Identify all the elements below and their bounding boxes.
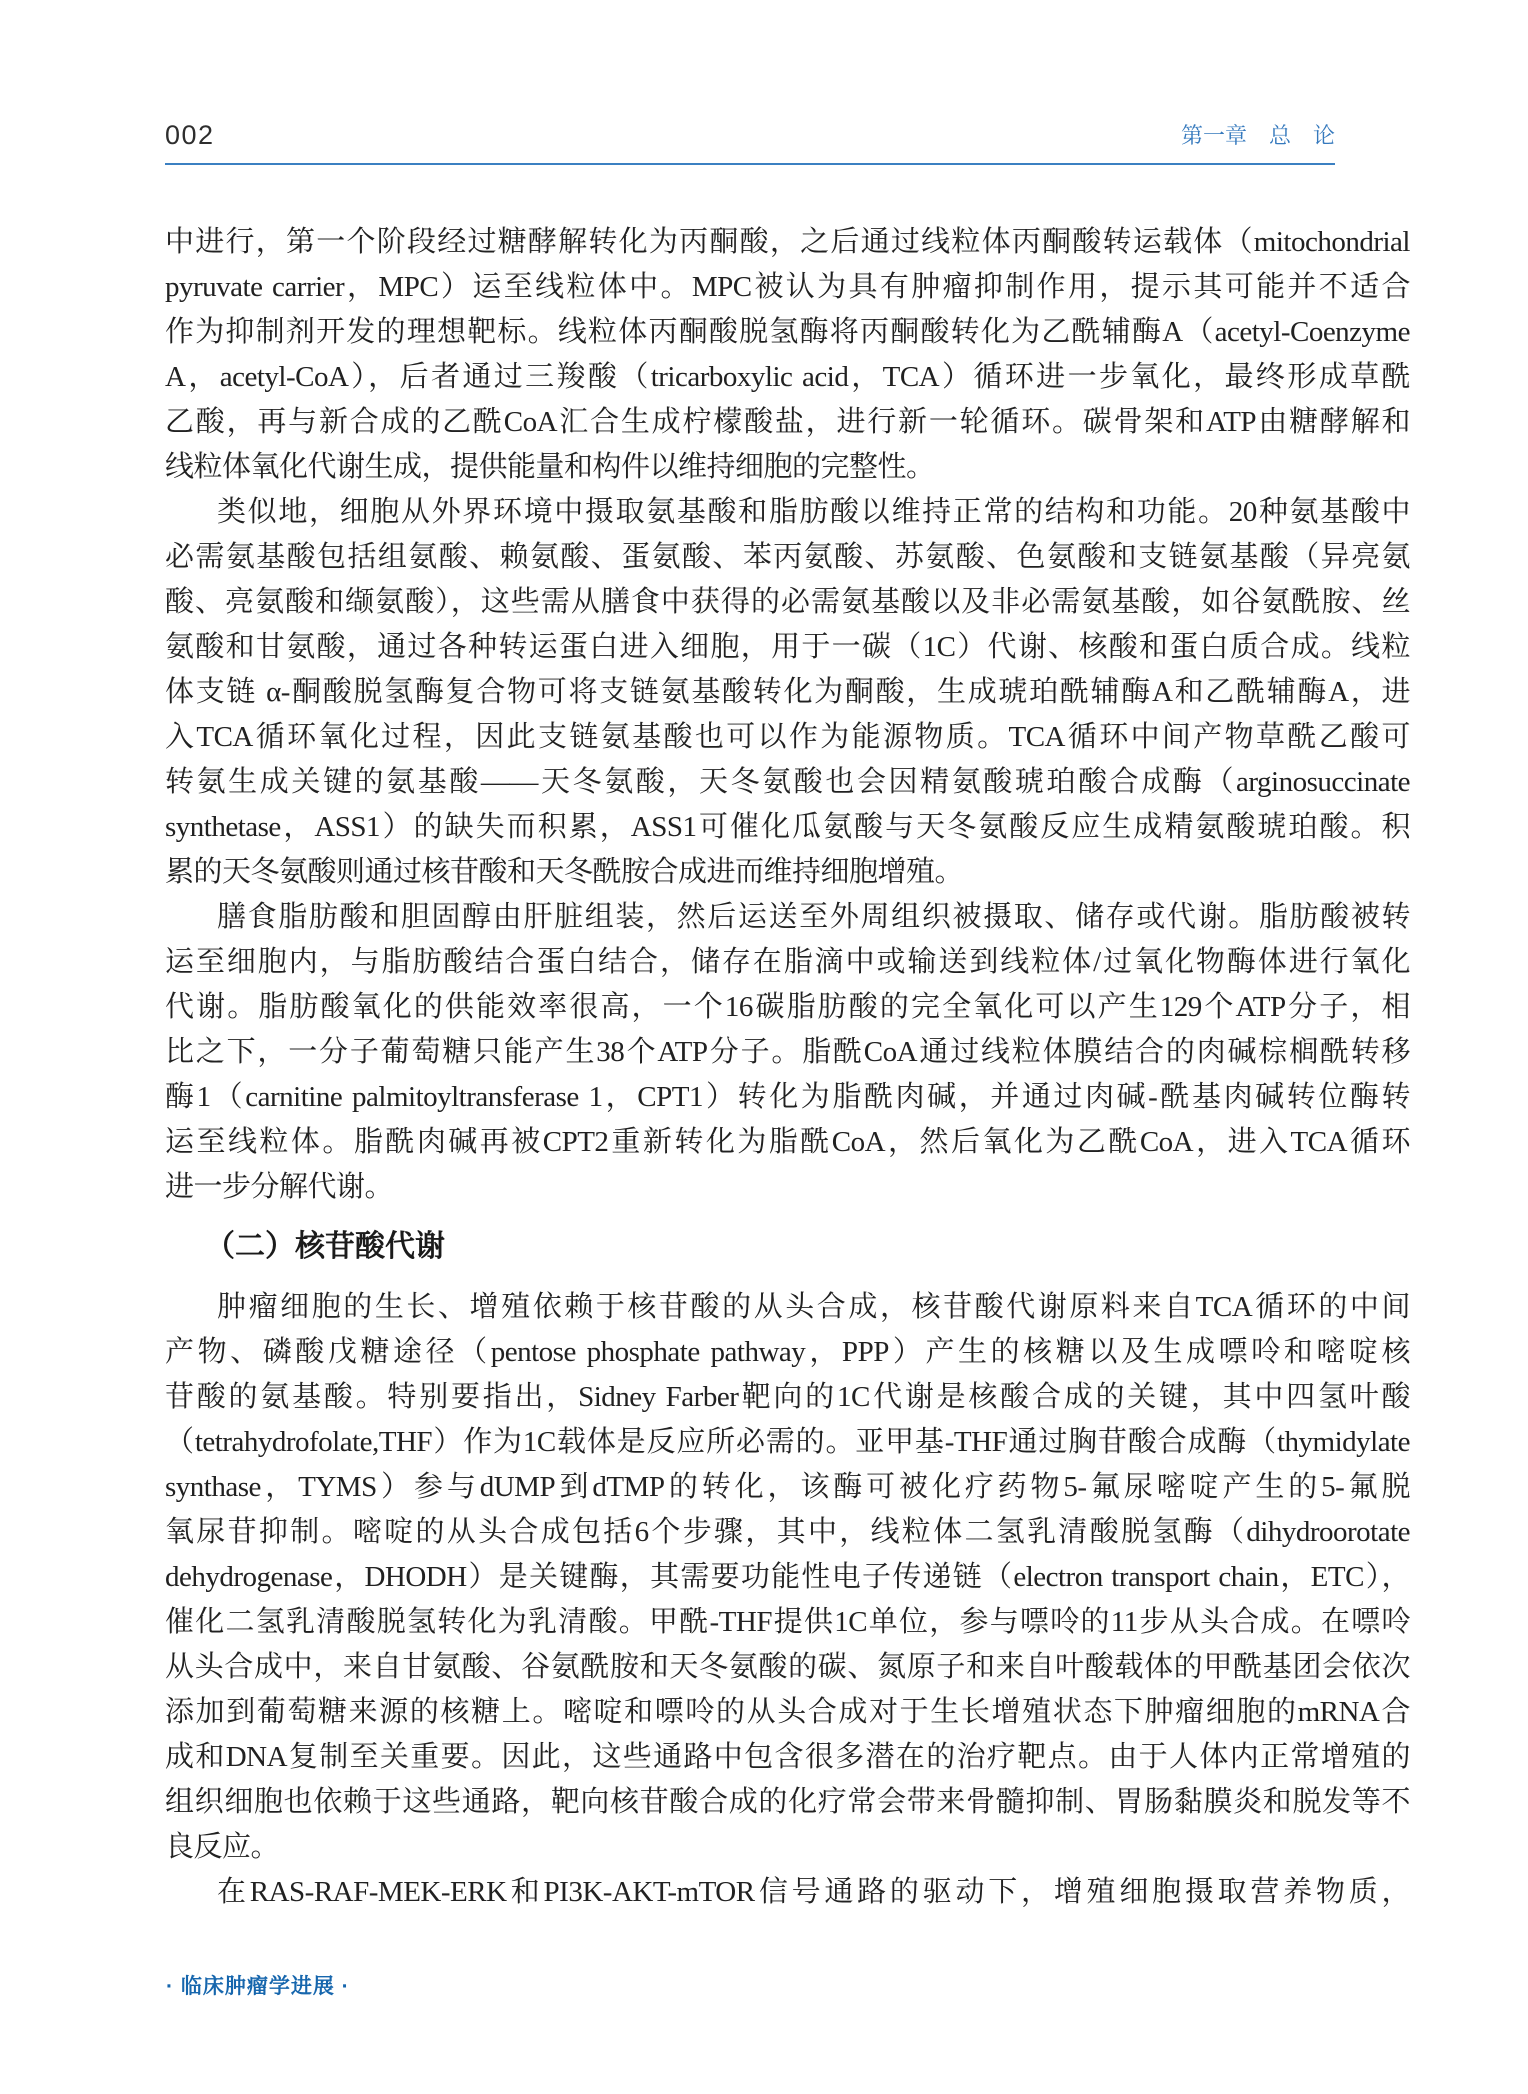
text-line: pyruvate carrier，MPC）运至线粒体中。MPC被认为具有肿瘤抑制… bbox=[165, 265, 1410, 310]
text-line: 体支链 α-酮酸脱氢酶复合物可将支链氨基酸转化为酮酸，生成琥珀酰辅酶A和乙酰辅酶… bbox=[165, 670, 1410, 715]
body-text: 中进行，第一个阶段经过糖酵解转化为丙酮酸，之后通过线粒体丙酮酸转运载体（mito… bbox=[165, 220, 1410, 1915]
page-number: 002 bbox=[165, 120, 215, 150]
text-line: 添加到葡萄糖来源的核糖上。嘧啶和嘌呤的从头合成对于生长增殖状态下肿瘤细胞的mRN… bbox=[165, 1690, 1410, 1735]
text-line: 线粒体氧化代谢生成，提供能量和构件以维持细胞的完整性。 bbox=[165, 445, 1410, 490]
text-line: 比之下，一分子葡萄糖只能产生38个ATP分子。脂酰CoA通过线粒体膜结合的肉碱棕… bbox=[165, 1030, 1410, 1075]
text-line: 作为抑制剂开发的理想靶标。线粒体丙酮酸脱氢酶将丙酮酸转化为乙酰辅酶A（acety… bbox=[165, 310, 1410, 355]
text-line: 肿瘤细胞的生长、增殖依赖于核苷酸的从头合成，核苷酸代谢原料来自TCA循环的中间 bbox=[165, 1285, 1410, 1330]
text-line: 中进行，第一个阶段经过糖酵解转化为丙酮酸，之后通过线粒体丙酮酸转运载体（mito… bbox=[165, 220, 1410, 265]
text-line: 苷酸的氨基酸。特别要指出，Sidney Farber靶向的1C代谢是核酸合成的关… bbox=[165, 1375, 1410, 1420]
text-line: 氨酸和甘氨酸，通过各种转运蛋白进入细胞，用于一碳（1C）代谢、核酸和蛋白质合成。… bbox=[165, 625, 1410, 670]
footer-book-title: · 临床肿瘤学进展 · bbox=[166, 1974, 350, 2000]
text-line: 必需氨基酸包括组氨酸、赖氨酸、蛋氨酸、苯丙氨酸、苏氨酸、色氨酸和支链氨基酸（异亮… bbox=[165, 535, 1410, 580]
text-line: 代谢。脂肪酸氧化的供能效率很高，一个16碳脂肪酸的完全氧化可以产生129个ATP… bbox=[165, 985, 1410, 1030]
text-line: 转氨生成关键的氨基酸——天冬氨酸，天冬氨酸也会因精氨酸琥珀酸合成酶（argino… bbox=[165, 760, 1410, 805]
text-line: A，acetyl-CoA），后者通过三羧酸（tricarboxylic acid… bbox=[165, 355, 1410, 400]
chapter-title: 第一章 总 论 bbox=[1181, 122, 1335, 150]
book-page: 002 第一章 总 论 中进行，第一个阶段经过糖酵解转化为丙酮酸，之后通过线粒体… bbox=[0, 0, 1528, 2094]
text-line: （tetrahydrofolate,THF）作为1C载体是反应所必需的。亚甲基-… bbox=[165, 1420, 1410, 1465]
text-line: synthetase，ASS1）的缺失而积累，ASS1可催化瓜氨酸与天冬氨酸反应… bbox=[165, 805, 1410, 850]
text-line: 从头合成中，来自甘氨酸、谷氨酰胺和天冬氨酸的碳、氮原子和来自叶酸载体的甲酰基团会… bbox=[165, 1645, 1410, 1690]
text-line: synthase，TYMS）参与dUMP到dTMP的转化，该酶可被化疗药物5-氟… bbox=[165, 1465, 1410, 1510]
text-line: 成和DNA复制至关重要。因此，这些通路中包含很多潜在的治疗靶点。由于人体内正常增… bbox=[165, 1735, 1410, 1780]
text-line: 运至线粒体。脂酰肉碱再被CPT2重新转化为脂酰CoA，然后氧化为乙酰CoA，进入… bbox=[165, 1120, 1410, 1165]
header-rule bbox=[165, 163, 1335, 165]
text-line: 入TCA循环氧化过程，因此支链氨基酸也可以作为能源物质。TCA循环中间产物草酰乙… bbox=[165, 715, 1410, 760]
text-line: 运至细胞内，与脂肪酸结合蛋白结合，储存在脂滴中或输送到线粒体/过氧化物酶体进行氧… bbox=[165, 940, 1410, 985]
text-line: 类似地，细胞从外界环境中摄取氨基酸和脂肪酸以维持正常的结构和功能。20种氨基酸中 bbox=[165, 490, 1410, 535]
text-line: 良反应。 bbox=[165, 1825, 1410, 1870]
text-line: 氧尿苷抑制。嘧啶的从头合成包括6个步骤，其中，线粒体二氢乳清酸脱氢酶（dihyd… bbox=[165, 1510, 1410, 1555]
text-line: 累的天冬氨酸则通过核苷酸和天冬酰胺合成进而维持细胞增殖。 bbox=[165, 850, 1410, 895]
text-line: 组织细胞也依赖于这些通路，靶向核苷酸合成的化疗常会带来骨髓抑制、胃肠黏膜炎和脱发… bbox=[165, 1780, 1410, 1825]
text-line: 产物、磷酸戊糖途径（pentose phosphate pathway，PPP）… bbox=[165, 1330, 1410, 1375]
text-line: 催化二氢乳清酸脱氢转化为乳清酸。甲酰-THF提供1C单位，参与嘌呤的11步从头合… bbox=[165, 1600, 1410, 1645]
text-line: 膳食脂肪酸和胆固醇由肝脏组装，然后运送至外周组织被摄取、储存或代谢。脂肪酸被转 bbox=[165, 895, 1410, 940]
text-line: 酶1（carnitine palmitoyltransferase 1，CPT1… bbox=[165, 1075, 1410, 1120]
text-line: 进一步分解代谢。 bbox=[165, 1165, 1410, 1210]
page-header: 002 第一章 总 论 bbox=[165, 120, 1335, 150]
text-line: dehydrogenase，DHODH）是关键酶，其需要功能性电子传递链（ele… bbox=[165, 1555, 1410, 1600]
section-heading: （二）核苷酸代谢 bbox=[165, 1224, 1410, 1269]
text-line: 酸、亮氨酸和缬氨酸），这些需从膳食中获得的必需氨基酸以及非必需氨基酸，如谷氨酰胺… bbox=[165, 580, 1410, 625]
text-line: 在RAS-RAF-MEK-ERK和PI3K-AKT-mTOR信号通路的驱动下，增… bbox=[165, 1870, 1410, 1915]
text-line: 乙酸，再与新合成的乙酰CoA汇合生成柠檬酸盐，进行新一轮循环。碳骨架和ATP由糖… bbox=[165, 400, 1410, 445]
